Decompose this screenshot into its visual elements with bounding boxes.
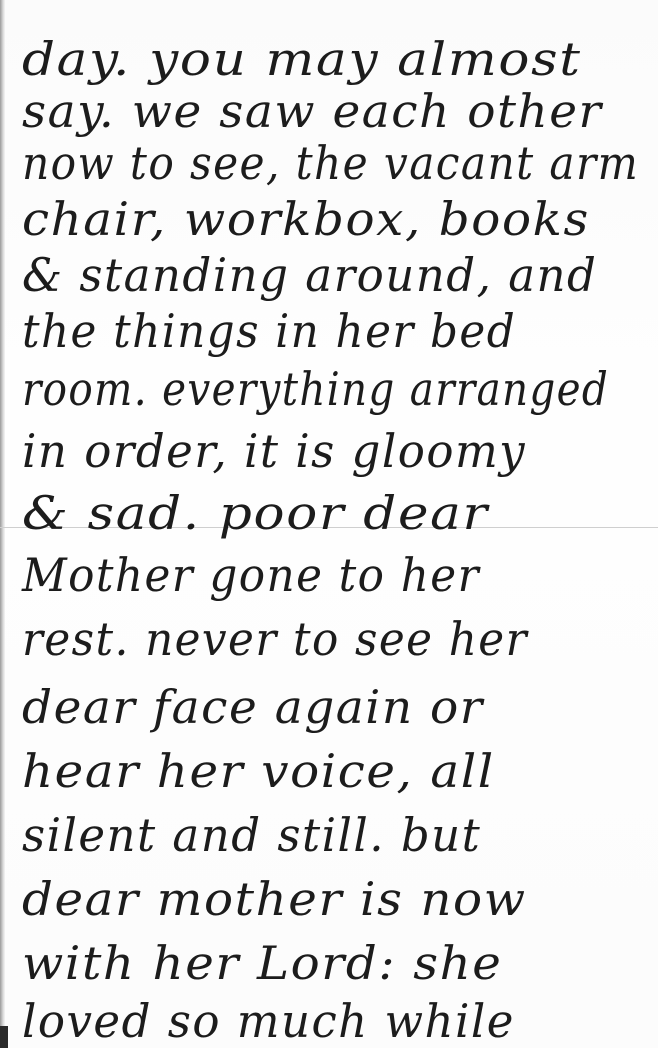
handwritten-text: day. you may almost say. we saw each oth…: [0, 0, 658, 1048]
text-line: dear mother is now: [22, 876, 527, 922]
text-line: & sad. poor dear: [22, 490, 489, 536]
text-line: say. we saw each other: [22, 88, 602, 134]
text-line: hear her voice, all: [22, 748, 495, 794]
text-line: in order, it is gloomy: [22, 428, 526, 474]
text-line: dear face again or: [22, 684, 484, 730]
text-line: chair, workbox, books: [22, 196, 590, 242]
text-line: silent and still. but: [22, 812, 481, 858]
text-line: loved so much while: [22, 998, 515, 1044]
text-line: & standing around, and: [22, 252, 597, 298]
text-line: day. you may almost: [22, 36, 582, 82]
text-line: Mother gone to her: [22, 552, 480, 598]
text-line: the things in her bed: [22, 308, 516, 354]
text-line: now to see, the vacant arm: [22, 140, 639, 186]
letter-page: ​ day. you may almost say. we saw each o…: [0, 0, 658, 1048]
text-line: with her Lord: she: [22, 940, 502, 986]
text-line: rest. never to see her: [22, 616, 528, 662]
text-line: room. everything arranged: [22, 366, 609, 412]
